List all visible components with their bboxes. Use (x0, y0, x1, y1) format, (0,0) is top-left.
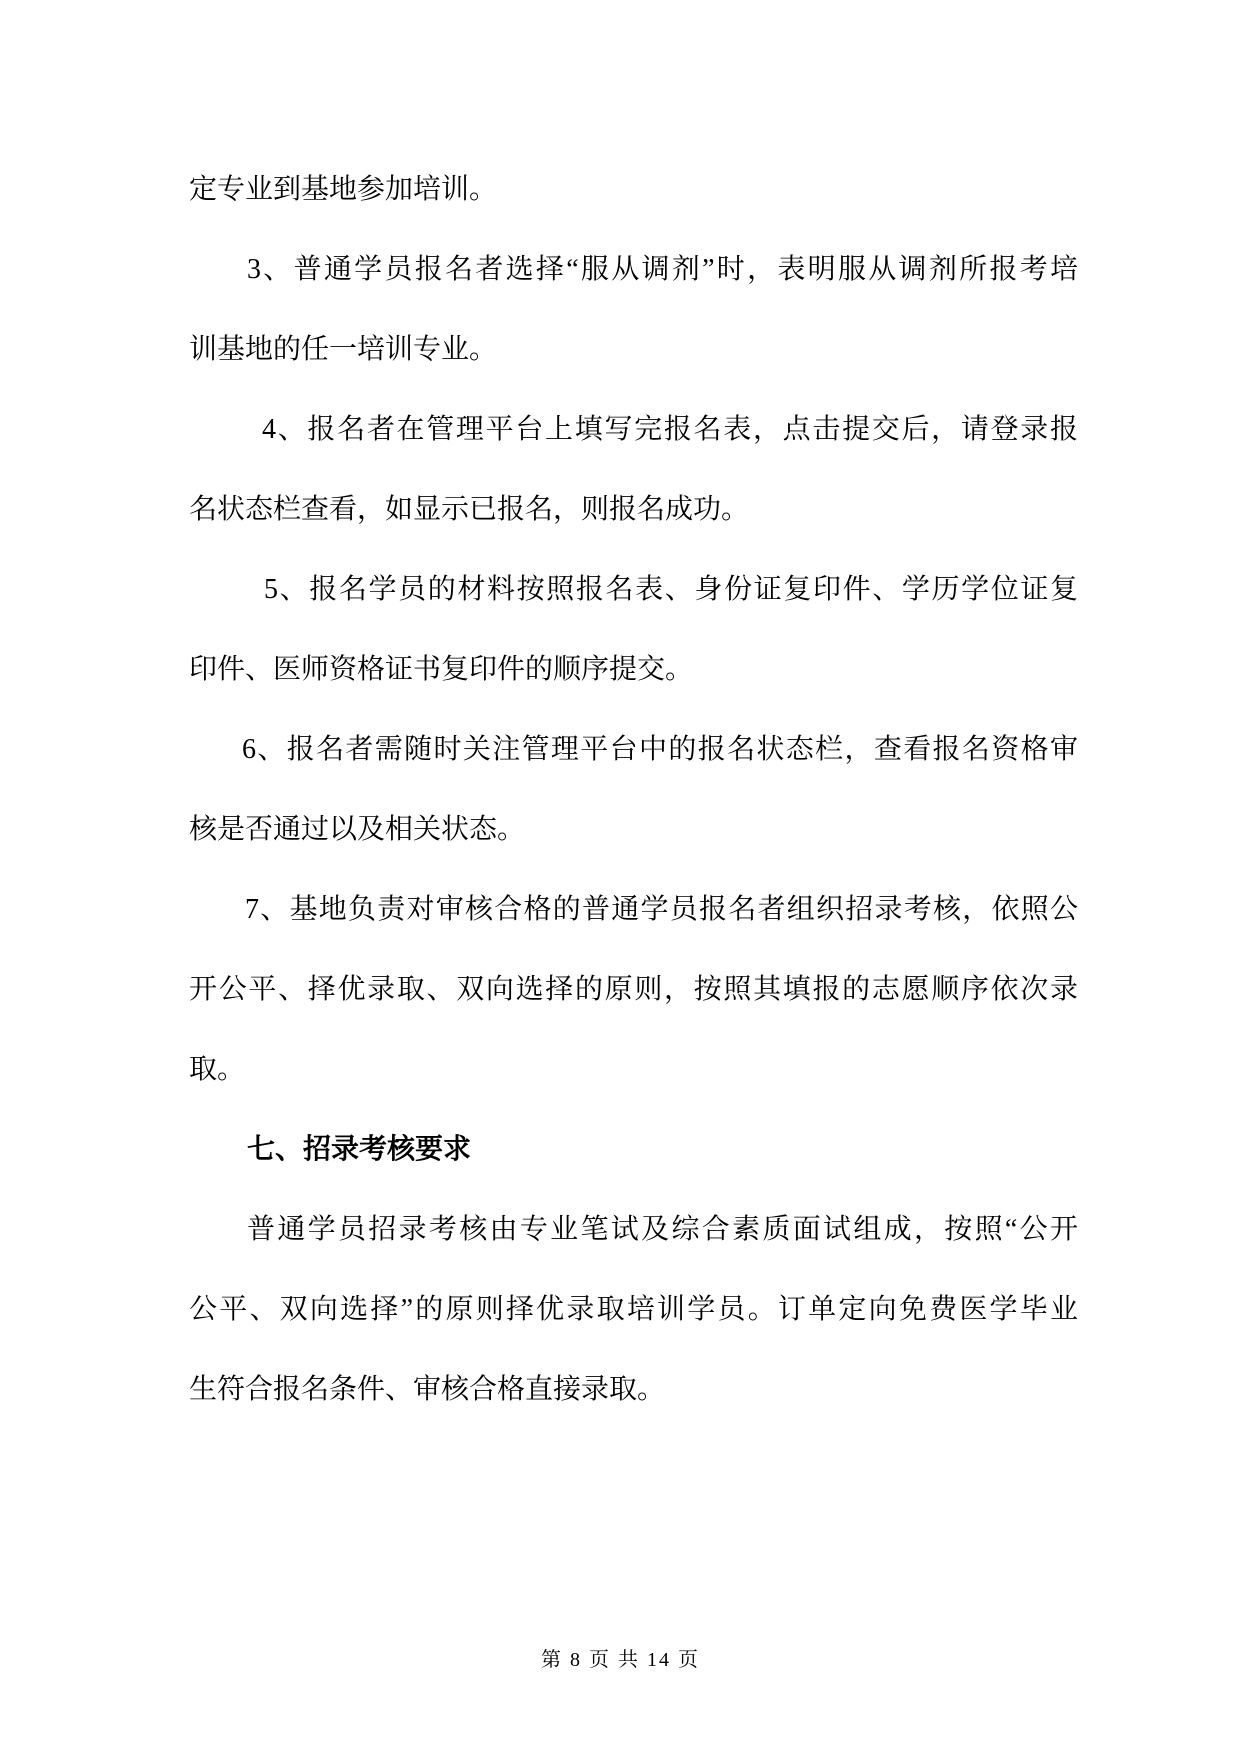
text-line: 生符合报名条件、审核合格直接录取。 (189, 1350, 1078, 1430)
page-number-text: 第 8 页 共 14 页 (541, 1649, 700, 1671)
text-line: 七、招录考核要求 (189, 1110, 1078, 1190)
paragraph: 普通学员招录考核由专业笔试及综合素质面试组成，按照“公开公平、双向选择”的原则择… (189, 1190, 1078, 1430)
paragraph: 5、报名学员的材料按照报名表、身份证复印件、学历学位证复印件、医师资格证书复印件… (189, 550, 1078, 710)
text-line: 3、普通学员报名者选择“服从调剂”时，表明服从调剂所报考培 (189, 230, 1078, 310)
document-body: 定专业到基地参加培训。3、普通学员报名者选择“服从调剂”时，表明服从调剂所报考培… (189, 150, 1078, 1430)
text-line: 公平、双向选择”的原则择优录取培训学员。订单定向免费医学毕业 (189, 1270, 1078, 1350)
paragraph: 6、报名者需随时关注管理平台中的报名状态栏，查看报名资格审核是否通过以及相关状态… (189, 710, 1078, 870)
page-footer: 第 8 页 共 14 页 (0, 1645, 1241, 1675)
text-line: 定专业到基地参加培训。 (189, 150, 1078, 230)
document-page: 定专业到基地参加培训。3、普通学员报名者选择“服从调剂”时，表明服从调剂所报考培… (0, 0, 1241, 1754)
text-line: 印件、医师资格证书复印件的顺序提交。 (189, 630, 1078, 710)
paragraph: 4、报名者在管理平台上填写完报名表，点击提交后，请登录报名状态栏查看，如显示已报… (189, 390, 1078, 550)
text-line: 核是否通过以及相关状态。 (189, 790, 1078, 870)
text-line: 普通学员招录考核由专业笔试及综合素质面试组成，按照“公开 (189, 1190, 1078, 1270)
text-line: 取。 (189, 1030, 1078, 1110)
text-line: 5、报名学员的材料按照报名表、身份证复印件、学历学位证复 (189, 550, 1078, 630)
section-heading: 七、招录考核要求 (189, 1110, 1078, 1190)
text-line: 训基地的任一培训专业。 (189, 310, 1078, 390)
text-line: 开公平、择优录取、双向选择的原则，按照其填报的志愿顺序依次录 (189, 950, 1078, 1030)
text-line: 名状态栏查看，如显示已报名，则报名成功。 (189, 470, 1078, 550)
text-line: 4、报名者在管理平台上填写完报名表，点击提交后，请登录报 (189, 390, 1078, 470)
text-line: 7、基地负责对审核合格的普通学员报名者组织招录考核，依照公 (189, 870, 1078, 950)
paragraph: 7、基地负责对审核合格的普通学员报名者组织招录考核，依照公开公平、择优录取、双向… (189, 870, 1078, 1110)
paragraph: 3、普通学员报名者选择“服从调剂”时，表明服从调剂所报考培训基地的任一培训专业。 (189, 230, 1078, 390)
text-line: 6、报名者需随时关注管理平台中的报名状态栏，查看报名资格审 (189, 710, 1078, 790)
paragraph: 定专业到基地参加培训。 (189, 150, 1078, 230)
